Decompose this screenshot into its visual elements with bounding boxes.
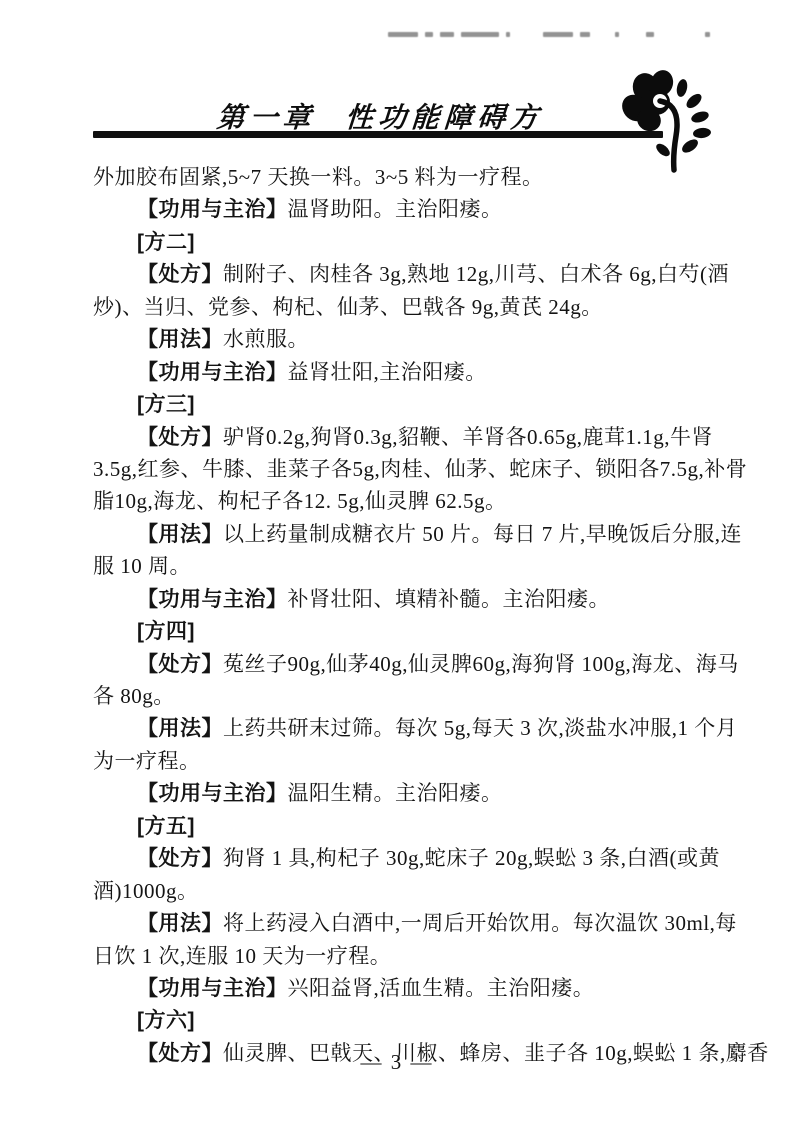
text-run: 酒)1000g。	[93, 879, 199, 903]
text-line: 为一疗程。	[93, 745, 707, 777]
text-run: 兴阳益肾,活血生精。主治阳痿。	[288, 976, 595, 1000]
text-line: [方四]	[93, 615, 707, 647]
text-run: 脂10g,海龙、枸杞子各12. 5g,仙灵脾 62.5g。	[93, 489, 507, 513]
text-line: 【功用与主治】益肾壮阳,主治阳痿。	[93, 356, 707, 388]
label-run: [方三]	[137, 393, 195, 416]
scan-artifact-dash	[388, 32, 418, 37]
text-line: 【功用与主治】温阳生精。主治阳痿。	[93, 777, 707, 809]
text-line: 【功用与主治】兴阳益肾,活血生精。主治阳痿。	[93, 972, 707, 1004]
scan-artifact-dash	[646, 32, 654, 37]
label-run: 【处方】	[137, 263, 223, 286]
text-run: 温肾助阳。主治阳痿。	[288, 197, 503, 221]
label-run: 【功用与主治】	[137, 198, 288, 221]
label-run: 【功用与主治】	[137, 588, 288, 611]
label-run: 【处方】	[137, 847, 223, 870]
scan-artifact-dash	[580, 32, 590, 37]
text-line: 服 10 周。	[93, 550, 707, 582]
label-run: 【功用与主治】	[137, 361, 288, 384]
text-run: 水煎服。	[223, 327, 309, 351]
scan-artifact-dash	[705, 32, 710, 37]
label-run: 【用法】	[137, 328, 223, 351]
text-line: 【处方】菟丝子90g,仙茅40g,仙灵脾60g,海狗肾 100g,海龙、海马	[93, 648, 707, 680]
label-run: 【功用与主治】	[137, 782, 288, 805]
scan-artifact-marks	[388, 30, 760, 38]
text-run: 补肾壮阳、填精补髓。主治阳痿。	[288, 587, 611, 611]
text-line: 【功用与主治】温肾助阳。主治阳痿。	[93, 193, 707, 225]
label-run: 【用法】	[137, 523, 223, 546]
text-line: 【功用与主治】补肾壮阳、填精补髓。主治阳痿。	[93, 583, 707, 615]
text-line: 【用法】上药共研末过筛。每次 5g,每天 3 次,淡盐水冲服,1 个月	[93, 712, 707, 744]
text-line: 酒)1000g。	[93, 875, 707, 907]
text-line: 外加胶布固紧,5~7 天换一料。3~5 料为一疗程。	[93, 161, 707, 193]
text-line: [方三]	[93, 388, 707, 420]
text-line: 【用法】将上药浸入白酒中,一周后开始饮用。每次温饮 30ml,每	[93, 907, 707, 939]
label-run: 【用法】	[137, 717, 223, 740]
label-run: 【功用与主治】	[137, 977, 288, 1000]
text-run: 益肾壮阳,主治阳痿。	[288, 360, 487, 384]
book-page: 第一章 性功能障碍方 外加胶布固紧,5~7 天换一料。3~5 料为一疗程。【功用…	[0, 0, 794, 1123]
scan-artifact-dash	[461, 32, 499, 37]
text-run: 以上药量制成糖衣片 50 片。每日 7 片,早晚饭后分服,连	[223, 522, 742, 546]
text-line: 日饮 1 次,连服 10 天为一疗程。	[93, 940, 707, 972]
text-line: 3.5g,红参、牛膝、韭菜子各5g,肉桂、仙茅、蛇床子、锁阳各7.5g,补骨	[93, 453, 707, 485]
text-run: 将上药浸入白酒中,一周后开始饮用。每次温饮 30ml,每	[223, 911, 737, 935]
text-run: 炒)、当归、党参、枸杞、仙茅、巴戟各 9g,黄芪 24g。	[93, 295, 603, 319]
text-line: [方六]	[93, 1004, 707, 1036]
header-rule	[93, 131, 663, 138]
label-run: [方六]	[137, 1009, 195, 1032]
text-run: 3.5g,红参、牛膝、韭菜子各5g,肉桂、仙茅、蛇床子、锁阳各7.5g,补骨	[93, 457, 747, 481]
scan-artifact-dash	[440, 32, 454, 37]
label-run: [方四]	[137, 620, 195, 643]
label-run: 【处方】	[137, 426, 223, 449]
scan-artifact-dash	[615, 32, 619, 37]
text-line: 【处方】制附子、肉桂各 3g,熟地 12g,川芎、白术各 6g,白芍(酒	[93, 258, 707, 290]
scan-artifact-dash	[425, 32, 433, 37]
body-text: 外加胶布固紧,5~7 天换一料。3~5 料为一疗程。【功用与主治】温肾助阳。主治…	[93, 161, 707, 1069]
text-line: [方二]	[93, 226, 707, 258]
scan-artifact-dash	[506, 32, 510, 37]
text-run: 温阳生精。主治阳痿。	[288, 781, 503, 805]
text-run: 上药共研末过筛。每次 5g,每天 3 次,淡盐水冲服,1 个月	[223, 716, 737, 740]
flower-icon	[616, 70, 716, 175]
text-line: 各 80g。	[93, 680, 707, 712]
text-line: 炒)、当归、党参、枸杞、仙茅、巴戟各 9g,黄芪 24g。	[93, 291, 707, 323]
text-line: 【处方】狗肾 1 具,枸杞子 30g,蛇床子 20g,蜈蚣 3 条,白酒(或黄	[93, 842, 707, 874]
text-run: 服 10 周。	[93, 554, 191, 578]
text-line: 【用法】水煎服。	[93, 323, 707, 355]
text-run: 驴肾0.2g,狗肾0.3g,貂鞭、羊肾各0.65g,鹿茸1.1g,牛肾	[223, 425, 713, 449]
text-run: 狗肾 1 具,枸杞子 30g,蛇床子 20g,蜈蚣 3 条,白酒(或黄	[223, 846, 720, 870]
text-run: 日饮 1 次,连服 10 天为一疗程。	[93, 944, 391, 968]
text-run: 菟丝子90g,仙茅40g,仙灵脾60g,海狗肾 100g,海龙、海马	[223, 652, 739, 676]
text-line: 【用法】以上药量制成糖衣片 50 片。每日 7 片,早晚饭后分服,连	[93, 518, 707, 550]
label-run: [方五]	[137, 815, 195, 838]
text-run: 制附子、肉桂各 3g,熟地 12g,川芎、白术各 6g,白芍(酒	[223, 262, 729, 286]
text-run: 外加胶布固紧,5~7 天换一料。3~5 料为一疗程。	[93, 165, 543, 189]
label-run: 【处方】	[137, 653, 223, 676]
text-line: 【处方】驴肾0.2g,狗肾0.3g,貂鞭、羊肾各0.65g,鹿茸1.1g,牛肾	[93, 421, 707, 453]
page-number: — 3 —	[0, 1050, 794, 1075]
text-line: 脂10g,海龙、枸杞子各12. 5g,仙灵脾 62.5g。	[93, 485, 707, 517]
label-run: 【用法】	[137, 912, 223, 935]
text-line: [方五]	[93, 810, 707, 842]
text-run: 各 80g。	[93, 684, 175, 708]
scan-artifact-dash	[543, 32, 573, 37]
label-run: [方二]	[137, 231, 195, 254]
text-run: 为一疗程。	[93, 749, 201, 773]
